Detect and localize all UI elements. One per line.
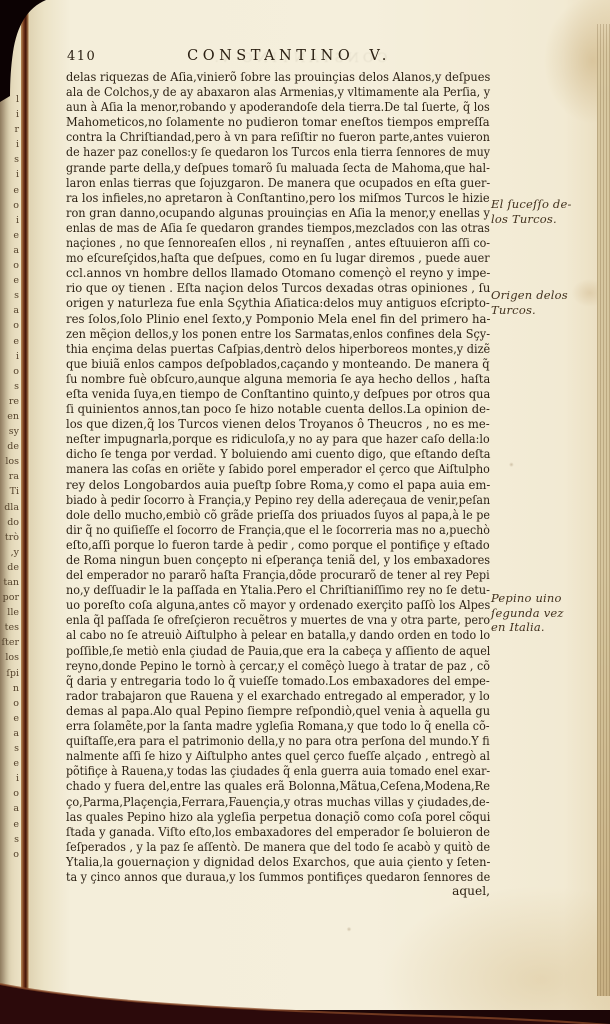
text-line: dicho ſe tenga por verdad. Y boluiendo a… — [66, 447, 457, 462]
left-page-text-fragment: i — [0, 167, 20, 182]
left-page-text-fragment: lle — [0, 605, 20, 620]
left-page-text-fragment: i — [0, 349, 20, 364]
text-line: neſter impugnarla,porque es ridiculoſa,y… — [66, 432, 453, 447]
left-page-text-fragment: l — [0, 92, 20, 107]
text-line: rey delos Longobardos auia pueſtp ſobre … — [66, 478, 471, 493]
left-page-text-fragment: i — [0, 213, 20, 228]
left-page-text-fragment: ſpi — [0, 666, 20, 681]
text-line: ſu nombre fuè obſcuro,aunque alguna memo… — [66, 372, 459, 387]
text-line: de hazer paz conellos:y ſe quedaron los … — [66, 145, 452, 160]
left-page-text-fragment: ,y — [0, 545, 20, 560]
left-page-text-fragment: i — [0, 107, 20, 122]
margin-note-pepino-italia: Pepino uinoſegunda vezen Italia. — [491, 591, 610, 635]
left-page-text-fragment: los — [0, 650, 20, 665]
text-line: al cabo no ſe atreuiò Aiſtulpho à pelear… — [66, 628, 453, 643]
margin-note-sucesso-turcos: El ſuceſſo de-los Turcos. — [491, 197, 610, 226]
left-page-text-fragment: o — [0, 364, 20, 379]
text-line: rio que oy tienen . Eſta naçion delos Tu… — [66, 281, 469, 296]
left-page-text-fragment: e — [0, 756, 20, 771]
text-line: poſſible,ſe metiò enla çiudad de Pauia,q… — [66, 644, 453, 659]
page-gutter-edge — [21, 0, 30, 1004]
text-line: Ytalia,la gouernaçion y dignidad delos E… — [66, 855, 466, 870]
left-page-text-fragment: s — [0, 832, 20, 847]
text-line: los que dizen,q̃ los Turcos vienen delos… — [66, 417, 469, 432]
text-line: biado à pedir ſocorro à Françia,y Pepino… — [66, 493, 451, 508]
left-page-text-fragment: o — [0, 198, 20, 213]
text-line: dole dello mucho,embiò cõ grãde prieſſa … — [66, 508, 453, 523]
left-page-text-fragment: ra — [0, 469, 20, 484]
text-line: que biuiã enlos campos deſpoblados,caçan… — [66, 357, 466, 372]
left-page-text-fragment: a — [0, 303, 20, 318]
left-page-text-fragment: e — [0, 228, 20, 243]
text-line: dir q̃ no quiſieſſe el ſocorro de Françi… — [66, 523, 450, 538]
left-page-text-fragment: tan — [0, 575, 20, 590]
text-line: thia ençima delas puertas Caſpias,dentrò… — [66, 342, 459, 357]
margin-note-line: Pepino uino — [491, 591, 610, 606]
left-page-text-fragment: Ti — [0, 484, 20, 499]
left-page-text-fragment: e — [0, 711, 20, 726]
text-line: rador trabajaron que Rauena y el exarcha… — [66, 689, 459, 704]
text-line: reyno,donde Pepino le tornò à çercar,y e… — [66, 659, 453, 674]
left-page-text-fragment: s — [0, 379, 20, 394]
text-line: Mahometicos,no ſolamente no pudieron tom… — [66, 115, 466, 130]
text-line: manera las coſas en oriẽte y ſabido pore… — [66, 462, 453, 477]
left-page-text-fragment: s — [0, 741, 20, 756]
left-page-text-fragment: i — [0, 137, 20, 152]
text-line: mo eſcureſçidos,haſta que deſpues, como … — [66, 251, 455, 266]
margin-note-line: Origen delos — [491, 288, 610, 303]
left-page-text-fragment: en — [0, 409, 20, 424]
book-page-photo: lirisieoieaoesaoeiosreensydelosraTidlado… — [0, 0, 610, 1024]
previous-page-text-fragments: lirisieoieaoesaoeiosreensydelosraTidlado… — [0, 92, 20, 862]
margin-note-line: Turcos. — [491, 303, 610, 318]
text-line: ra los infieles,no apretaron à Conſtanti… — [66, 191, 464, 206]
running-header: CONSTANTINO V. — [78, 48, 500, 64]
left-page-text-fragment: e — [0, 183, 20, 198]
left-page-text-fragment: a — [0, 243, 20, 258]
text-line: ron gran danno,ocupando algunas prouinçi… — [66, 206, 462, 221]
text-line: del emperador no pararõ haſta Françia,dõ… — [66, 568, 451, 583]
text-line: chado y fuera del,entre las quales erã B… — [66, 779, 463, 794]
text-line: ſi quinientos annos,tan poco ſe hizo not… — [66, 402, 467, 417]
left-page-text-fragment: o — [0, 258, 20, 273]
text-line: zen mẽçion dellos,y los ponen entre los … — [66, 327, 459, 342]
left-page-text-fragment: a — [0, 801, 20, 816]
left-page-text-fragment: e — [0, 334, 20, 349]
margin-note-line: en Italia. — [491, 620, 610, 635]
margin-note-line: los Turcos. — [491, 212, 610, 227]
text-line: nalmente aſſi ſe hizo y Aiſtulpho antes … — [66, 749, 454, 764]
text-line: contra la Chriſtiandad,pero à vn para re… — [66, 130, 453, 145]
left-page-text-fragment: do — [0, 515, 20, 530]
left-page-text-fragment: e — [0, 273, 20, 288]
text-line: enla q̃l paſſada ſe ofreſçieron recuẽtro… — [66, 613, 452, 628]
text-line: q̃ daria y entregaria todo lo q̃ vuieſſe… — [66, 674, 462, 689]
text-line: no,y deſſuadir le la paſſada en Ytalia.P… — [66, 583, 456, 598]
text-line: põtifiçe à Rauena,y todas las çiudades q… — [66, 764, 449, 779]
text-line: quiſtaſſe,era para el patrimonio della,y… — [66, 734, 453, 749]
left-page-text-fragment: o — [0, 318, 20, 333]
left-page-text-fragment: o — [0, 786, 20, 801]
book-page: CONSTANTINO V. 410 CONSTANTINO V. delas … — [30, 0, 610, 1010]
text-line: delas riquezas de Aſia,vinierõ ſobre las… — [66, 70, 462, 85]
left-page-text-fragment: ſter — [0, 635, 20, 650]
text-line: ala de Colchos,y de ay abaxaron alas Arm… — [66, 85, 458, 100]
text-line: ſeſperados , y la paz ſe aſſentò. De man… — [66, 840, 453, 855]
left-page-text-fragment: s — [0, 152, 20, 167]
left-page-text-fragment: trò — [0, 530, 20, 545]
text-line: de Roma ningun buen conçepto ni eſperanç… — [66, 553, 459, 568]
catchword: aquel, — [66, 884, 490, 898]
margin-note-origen-turcos: Origen delosTurcos. — [491, 288, 610, 317]
left-page-text-fragment: e — [0, 817, 20, 832]
left-page-text-fragment: s — [0, 288, 20, 303]
text-line: grande parte della,y deſpues tomarõ ſu m… — [66, 161, 453, 176]
text-line: enlas de mas de Aſia ſe quedaron grandes… — [66, 221, 453, 236]
left-page-text-fragment: dla — [0, 500, 20, 515]
left-page-text-fragment: a — [0, 726, 20, 741]
fore-edge-page-stack — [597, 24, 610, 996]
left-page-text-fragment: o — [0, 696, 20, 711]
text-line: ſtada y ganada. Viſto eſto,los embaxador… — [66, 825, 460, 840]
previous-page-edge: lirisieoieaoesaoeiosreensydelosraTidlado… — [0, 0, 21, 1002]
left-page-text-fragment: por — [0, 590, 20, 605]
text-line: demas al papa.Alo qual Pepino ſiempre re… — [66, 704, 464, 719]
text-line: las quales Pepino hizo ala ygleſia perpe… — [66, 810, 460, 825]
text-line: ço,Parma,Plaçençia,Ferrara,Fauençia,y ot… — [66, 795, 459, 810]
text-line: eſta venida ſuya,en tiempo de Conſtantin… — [66, 387, 462, 402]
text-line: eſto,aſſi porque lo fueron tarde à pedir… — [66, 538, 458, 553]
main-text-block: delas riquezas de Aſia,vinierõ ſobre las… — [66, 70, 490, 885]
text-line: ta y çinco annos que duraua,y los ſummos… — [66, 870, 454, 885]
text-line: erra ſolamẽte,por la ſanta madre ygleſia… — [66, 719, 455, 734]
text-line: aun à Aſia la menor,robando y apoderando… — [66, 100, 454, 115]
left-page-text-fragment: i — [0, 771, 20, 786]
margin-note-line: ſegunda vez — [491, 606, 610, 621]
left-page-text-fragment: r — [0, 122, 20, 137]
text-line: ccl.annos vn hombre dellos llamado Otoma… — [66, 266, 472, 281]
text-line: origen y naturleza fue enla Sçythia Aſia… — [66, 296, 467, 311]
left-page-text-fragment: los — [0, 454, 20, 469]
text-line: laron enlas tierras que ſojuzgaron. De m… — [66, 176, 459, 191]
left-page-text-fragment: de — [0, 560, 20, 575]
left-page-text-fragment: sy — [0, 424, 20, 439]
text-line: uo poreſto coſa alguna,antes cõ mayor y … — [66, 598, 458, 613]
left-page-text-fragment: n — [0, 681, 20, 696]
margin-note-line: El ſuceſſo de- — [491, 197, 610, 212]
text-line: res ſolos,ſolo Plinio enel ſexto,y Pompo… — [66, 312, 473, 327]
text-line: naçiones , no que ſennoreaſen ellos , ni… — [66, 236, 453, 251]
left-page-text-fragment: tes — [0, 620, 20, 635]
left-page-text-fragment: de — [0, 439, 20, 454]
left-page-text-fragment: re — [0, 394, 20, 409]
left-page-text-fragment: o — [0, 847, 20, 862]
